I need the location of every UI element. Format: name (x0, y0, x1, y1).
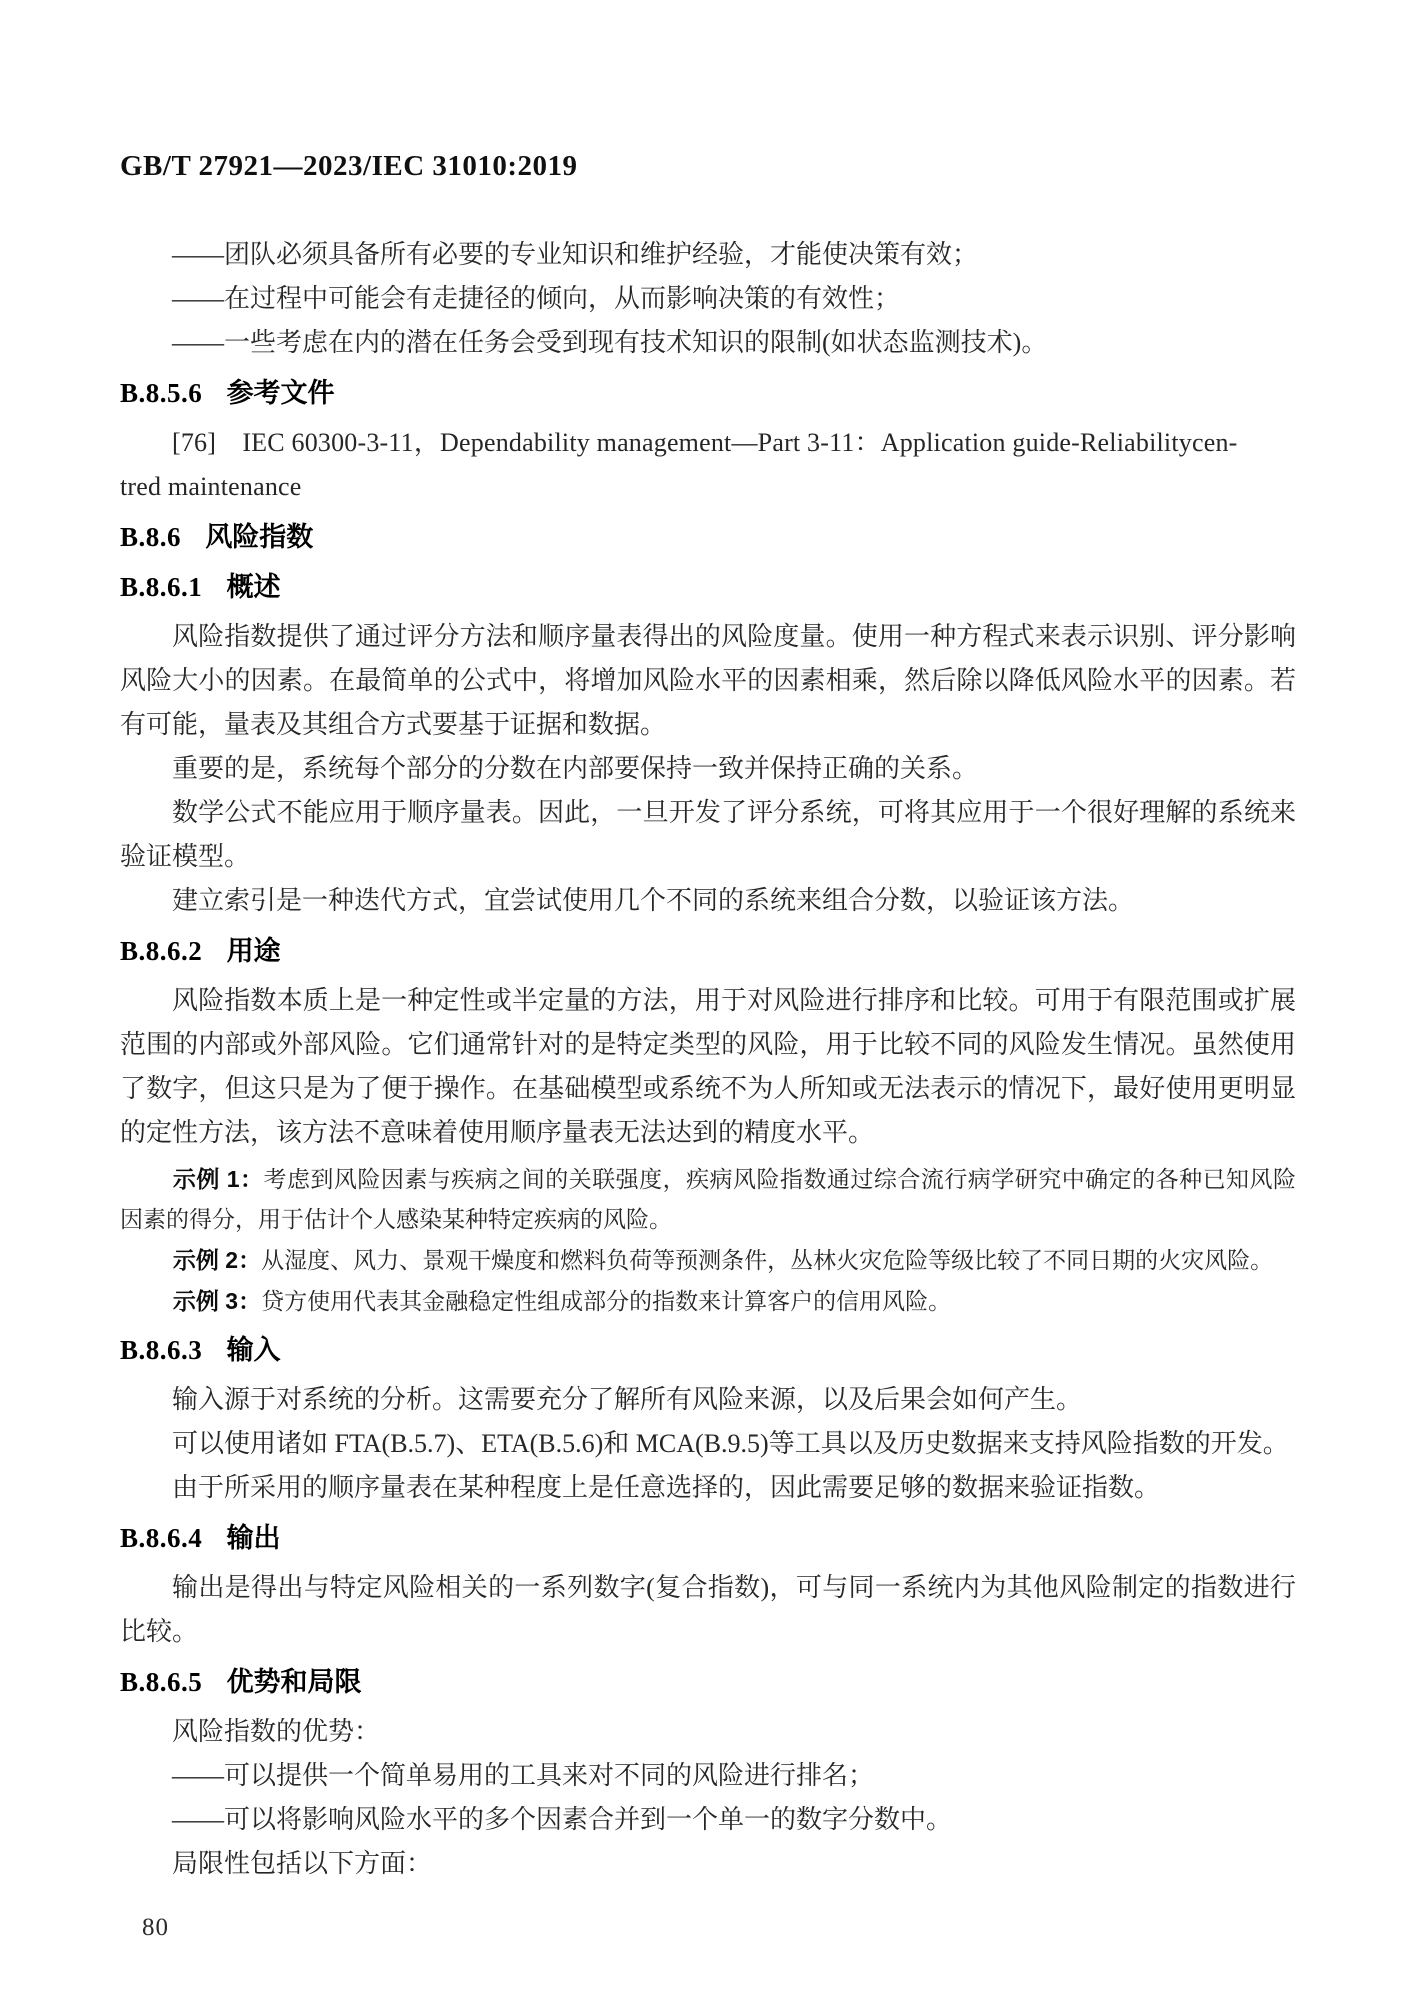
example-label: 示例 1： (173, 1166, 264, 1192)
paragraph: 建立索引是一种迭代方式，宜尝试使用几个不同的系统来组合分数，以验证该方法。 (120, 879, 1296, 923)
heading-number: B.8.6.4 (120, 1523, 202, 1553)
section-heading-b864: B.8.6.4输出 (120, 1516, 1296, 1560)
reference-entry: [76] IEC 60300-3-11，Dependability manage… (120, 421, 1296, 509)
section-heading-b861: B.8.6.1概述 (120, 565, 1296, 609)
heading-number: B.8.6.5 (120, 1667, 202, 1697)
list-item: ——在过程中可能会有走捷径的倾向，从而影响决策的有效性； (120, 277, 1296, 321)
list-item: ——可以将影响风险水平的多个因素合并到一个单一的数字分数中。 (120, 1798, 1296, 1842)
heading-title: 参考文件 (227, 378, 335, 408)
paragraph: 风险指数本质上是一种定性或半定量的方法，用于对风险进行排序和比较。可用于有限范围… (120, 979, 1296, 1155)
heading-number: B.8.6.3 (120, 1335, 202, 1365)
example-text: 贷方使用代表其金融稳定性组成部分的指数来计算客户的信用风险。 (261, 1289, 951, 1314)
section-heading-b86: B.8.6风险指数 (120, 515, 1296, 559)
examples-block: 示例 1：考虑到风险因素与疾病之间的关联强度，疾病风险指数通过综合流行病学研究中… (120, 1159, 1296, 1322)
paragraph: 输入源于对系统的分析。这需要充分了解所有风险来源，以及后果会如何产生。 (120, 1378, 1296, 1422)
standard-number: GB/T 27921—2023/IEC 31010:2019 (120, 150, 1296, 183)
section-heading-b865: B.8.6.5优势和局限 (120, 1660, 1296, 1704)
section-heading-b862: B.8.6.2用途 (120, 929, 1296, 973)
paragraph: 由于所采用的顺序量表在某种程度上是任意选择的，因此需要足够的数据来验证指数。 (120, 1466, 1296, 1510)
section-heading-b856: B.8.5.6参考文件 (120, 371, 1296, 415)
reference-line: [76] IEC 60300-3-11，Dependability manage… (172, 428, 1238, 457)
paragraph: 局限性包括以下方面： (120, 1842, 1296, 1886)
paragraph: 输出是得出与特定风险相关的一系列数字(复合指数)，可与同一系统内为其他风险制定的… (120, 1566, 1296, 1654)
example-label: 示例 3： (173, 1288, 261, 1314)
paragraph: 可以使用诸如 FTA(B.5.7)、ETA(B.5.6)和 MCA(B.9.5)… (120, 1422, 1296, 1466)
section-heading-b863: B.8.6.3输入 (120, 1328, 1296, 1372)
heading-title: 用途 (227, 936, 281, 966)
list-item: ——一些考虑在内的潜在任务会受到现有技术知识的限制(如状态监测技术)。 (120, 321, 1296, 365)
paragraph: 风险指数的优势： (120, 1710, 1296, 1754)
example-item: 示例 1：考虑到风险因素与疾病之间的关联强度，疾病风险指数通过综合流行病学研究中… (120, 1159, 1296, 1240)
document-page: GB/T 27921—2023/IEC 31010:2019 ——团队必须具备所… (0, 0, 1414, 2000)
list-item: ——可以提供一个简单易用的工具来对不同的风险进行排名； (120, 1754, 1296, 1798)
list-item: ——团队必须具备所有必要的专业知识和维护经验，才能使决策有效； (120, 233, 1296, 277)
heading-title: 输出 (227, 1523, 281, 1553)
lead-list: ——团队必须具备所有必要的专业知识和维护经验，才能使决策有效； ——在过程中可能… (120, 233, 1296, 365)
paragraph: 数学公式不能应用于顺序量表。因此，一旦开发了评分系统，可将其应用于一个很好理解的… (120, 791, 1296, 879)
heading-title: 优势和局限 (227, 1667, 362, 1697)
example-item: 示例 3：贷方使用代表其金融稳定性组成部分的指数来计算客户的信用风险。 (120, 1281, 1296, 1322)
heading-number: B.8.6.1 (120, 572, 202, 602)
page-number: 80 (142, 1914, 1296, 1942)
paragraph: 风险指数提供了通过评分方法和顺序量表得出的风险度量。使用一种方程式来表示识别、评… (120, 615, 1296, 747)
heading-title: 风险指数 (205, 522, 313, 552)
heading-number: B.8.6 (120, 522, 181, 552)
heading-title: 概述 (227, 572, 281, 602)
example-text: 从湿度、风力、景观干燥度和燃料负荷等预测条件，丛林火灾危险等级比较了不同日期的火… (261, 1248, 1273, 1273)
heading-number: B.8.6.2 (120, 936, 202, 966)
heading-number: B.8.5.6 (120, 378, 202, 408)
example-text: 考虑到风险因素与疾病之间的关联强度，疾病风险指数通过综合流行病学研究中确定的各种… (120, 1167, 1296, 1232)
reference-line: tred maintenance (120, 472, 302, 501)
heading-title: 输入 (227, 1335, 281, 1365)
example-item: 示例 2：从湿度、风力、景观干燥度和燃料负荷等预测条件，丛林火灾危险等级比较了不… (120, 1240, 1296, 1281)
paragraph: 重要的是，系统每个部分的分数在内部要保持一致并保持正确的关系。 (120, 747, 1296, 791)
example-label: 示例 2： (173, 1247, 261, 1273)
